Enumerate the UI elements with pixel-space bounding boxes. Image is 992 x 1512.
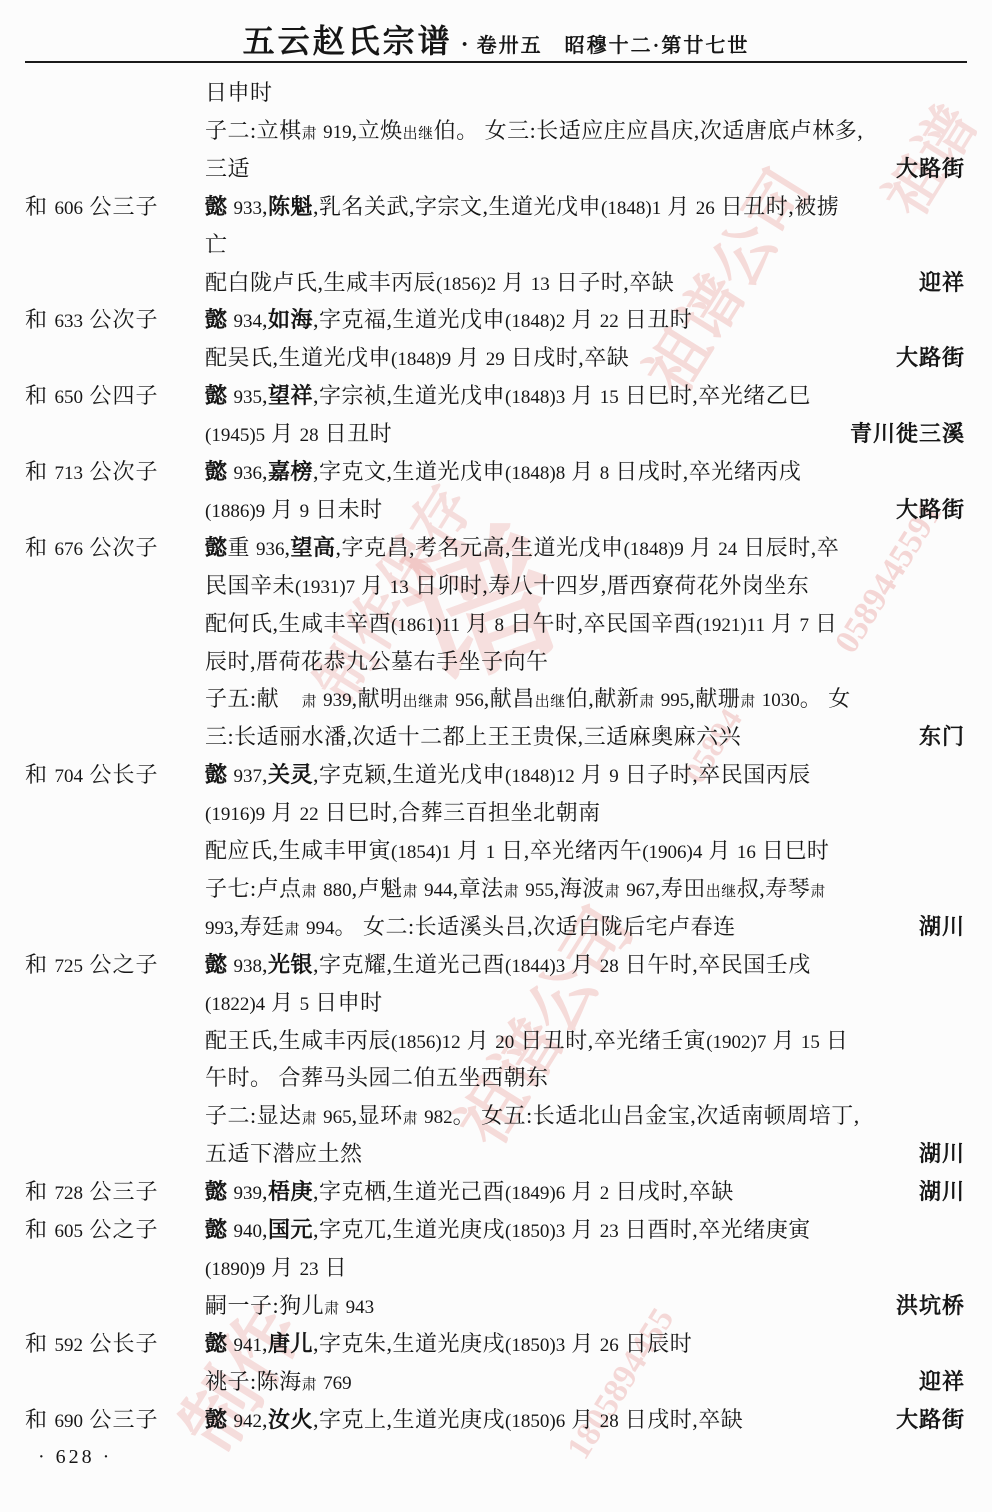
text-fragment: (1902)7	[706, 1032, 766, 1053]
text-fragment: (1906)4	[642, 842, 702, 863]
text-fragment: 955	[525, 880, 554, 901]
text-fragment: 望祥	[268, 383, 313, 408]
entry-text: 子二:显达肃 965,显环肃 982。 女五:长适北山吕金宝,次适南顿周培丁,	[205, 1097, 860, 1138]
text-fragment: ,字克颖,生道光戊申	[313, 762, 505, 787]
text-fragment: (1850)6	[505, 1411, 565, 1432]
genealogy-line: 和 713 公次子懿 936,嘉榜,字克文,生道光戊申(1848)8 月 8 日…	[0, 453, 992, 491]
text-fragment: (1848)9	[391, 349, 451, 370]
text-fragment: 和	[25, 194, 55, 219]
text-fragment: 月	[565, 952, 600, 977]
text-fragment: 23	[300, 1259, 319, 1280]
residence-label: 大路街	[896, 150, 965, 188]
text-fragment: 月	[355, 573, 390, 598]
text-fragment: 725	[55, 956, 84, 977]
text-fragment: 994	[306, 918, 335, 939]
entry-text: 民国辛未(1931)7 月 13 日卯时,寿八十四岁,厝西寮荷花外岗坐东	[205, 567, 809, 607]
text-fragment: 懿	[205, 952, 228, 977]
text-fragment: 28	[600, 1411, 619, 1432]
text-fragment: 982	[424, 1107, 453, 1128]
entry-text: 懿 934,如海,字克福,生道光戊申(1848)2 月 22 日丑时	[205, 301, 692, 341]
text-fragment: (1861)11	[391, 615, 460, 636]
text-fragment: 1	[486, 842, 496, 863]
text-fragment: 936	[256, 539, 285, 560]
text-fragment: 出继	[403, 126, 434, 142]
text-fragment: (1848)9	[624, 539, 684, 560]
text-fragment: ,字克栖,生道光己酉	[313, 1179, 505, 1204]
text-fragment: 23	[600, 1221, 619, 1242]
genealogy-line: 993,寿廷肃 994。 女二:长适溪头吕,次适白陇后宅卢春连湖川	[0, 908, 992, 946]
genealogy-line: 配王氏,生咸丰丙辰(1856)12 月 20 日丑时,卒光绪壬寅(1902)7 …	[0, 1022, 992, 1060]
kinship-label: 和 690 公三子	[25, 1401, 159, 1441]
genealogy-line: 民国辛未(1931)7 月 13 日卯时,寿八十四岁,厝西寮荷花外岗坐东	[0, 567, 992, 605]
text-fragment: 月	[565, 383, 600, 408]
text-fragment: 20	[495, 1032, 514, 1053]
text-fragment: 937	[234, 766, 263, 787]
text-fragment: 陈魁	[268, 194, 313, 219]
text-fragment: 三:长适丽水潘,次适十二都上王王贵保,三适麻奥麻六兴	[205, 724, 741, 749]
genealogy-page: 祖谱祖谱公司谱制作保存058944559105894祖谱公司制作18058944…	[0, 0, 992, 1512]
text-fragment: 月	[460, 611, 495, 636]
text-fragment: 月	[265, 1255, 300, 1280]
text-fragment: 肃	[810, 884, 826, 900]
text-fragment: (1886)9	[205, 501, 265, 522]
text-fragment: 肃	[740, 694, 756, 710]
text-fragment: 28	[600, 956, 619, 977]
text-fragment: 26	[696, 198, 715, 219]
text-fragment: 肃	[302, 126, 318, 142]
text-fragment: 28	[300, 425, 319, 446]
text-fragment: 懿	[205, 535, 228, 560]
text-fragment: 月	[461, 1028, 496, 1053]
entry-text: 午时。 合葬马头园二伯五坐西朝东	[205, 1059, 549, 1097]
genealogy-line: 和 592 公长子懿 941,唐儿,字克朱,生道光庚戌(1850)3 月 26 …	[0, 1325, 992, 1363]
genealogy-line: 亡	[0, 226, 992, 264]
text-fragment: ,海波	[554, 876, 605, 901]
kinship-label: 和 592 公长子	[25, 1325, 159, 1365]
text-fragment: 713	[55, 463, 84, 484]
text-fragment: 光银	[268, 952, 313, 977]
text-fragment: 子二:显达	[205, 1103, 302, 1128]
entry-text: 辰时,厝荷花恭九公墓右手坐子向午	[205, 643, 549, 681]
genealogy-line: 日申时	[0, 74, 992, 112]
text-fragment: 22	[300, 804, 319, 825]
text-fragment: 肃	[324, 1301, 340, 1317]
text-fragment: 公次子	[83, 535, 159, 560]
entry-text: 三:长适丽水潘,次适十二都上王王贵保,三适麻奥麻六兴	[205, 718, 741, 756]
text-fragment: (1849)6	[505, 1183, 565, 1204]
text-fragment: 和	[25, 383, 55, 408]
text-fragment: 子二:立棋	[205, 118, 302, 143]
entry-text: 配何氏,生咸丰辛酉(1861)11 月 8 日午时,卒民国辛酉(1921)11 …	[205, 605, 837, 645]
genealogy-line: 和 704 公长子懿 937,关灵,字克颖,生道光戊申(1848)12 月 9 …	[0, 756, 992, 794]
text-fragment: 月	[565, 1179, 600, 1204]
text-fragment: 704	[55, 766, 84, 787]
genealogy-line: 配吴氏,生道光戊申(1848)9 月 29 日戌时,卒缺大路街	[0, 339, 992, 377]
text-fragment: (1856)2	[436, 274, 496, 295]
text-fragment: 日丑时,卒光绪壬寅	[514, 1028, 706, 1053]
text-fragment: 592	[55, 1335, 84, 1356]
kinship-label: 和 650 公四子	[25, 377, 159, 417]
text-fragment: 8	[494, 615, 504, 636]
text-fragment: 国元	[268, 1217, 313, 1242]
text-fragment: 。 女二:长适溪头吕,次适白陇后宅卢春连	[335, 914, 736, 939]
text-fragment: 出继	[706, 884, 737, 900]
text-fragment: (1921)11	[696, 615, 765, 636]
text-fragment: (1916)9	[205, 804, 265, 825]
residence-label: 迎祥	[919, 264, 965, 302]
text-fragment: 和	[25, 762, 55, 787]
text-fragment: 月	[451, 345, 486, 370]
text-fragment: 月	[565, 459, 600, 484]
text-fragment: 769	[323, 1373, 352, 1394]
residence-label: 湖川	[919, 908, 965, 946]
residence-label: 青川徙三溪	[850, 415, 965, 453]
genealogy-line: (1945)5 月 28 日丑时青川徙三溪	[0, 415, 992, 453]
text-fragment: 日辰时	[619, 1331, 693, 1356]
text-fragment: 肃	[302, 694, 318, 710]
text-fragment: 日戌时,卒光绪丙戌	[609, 459, 801, 484]
entry-text: 993,寿廷肃 994。 女二:长适溪头吕,次适白陇后宅卢春连	[205, 908, 736, 949]
entry-text: 子五:献 肃 939,献明出继肃 956,献昌出继伯,献新肃 995,献珊肃 1…	[205, 680, 851, 721]
text-fragment: ,字克福,生道光戊申	[313, 307, 505, 332]
text-fragment: 懿	[205, 383, 228, 408]
kinship-label: 和 606 公三子	[25, 188, 159, 228]
text-fragment: 懿	[205, 307, 228, 332]
text-fragment: 16	[737, 842, 756, 863]
text-fragment: 月	[684, 535, 719, 560]
genealogy-line: 午时。 合葬马头园二伯五坐西朝东	[0, 1059, 992, 1097]
entry-text: 子二:立棋肃 919,立焕出继伯。 女三:长适应庄应昌庆,次适唐底卢林多,	[205, 112, 863, 153]
genealogy-line: 和 725 公之子懿 938,光银,字克耀,生道光己酉(1844)3 月 28 …	[0, 946, 992, 984]
text-fragment: 日丑时,被掳	[715, 194, 840, 219]
page-number: · 628 ·	[38, 1446, 112, 1469]
text-fragment: 月	[451, 838, 486, 863]
text-fragment: 肃	[302, 884, 318, 900]
text-fragment: 月	[565, 1407, 600, 1432]
text-fragment: ,字克上,生道光庚戌	[313, 1407, 505, 1432]
text-fragment: 公三子	[83, 1179, 159, 1204]
text-fragment: 。 女	[800, 686, 851, 711]
genealogy-line: 三:长适丽水潘,次适十二都上王王贵保,三适麻奥麻六兴东门	[0, 718, 992, 756]
text-fragment: 公之子	[83, 952, 159, 977]
kinship-label: 和 728 公三子	[25, 1173, 159, 1213]
entry-text: 嗣一子:狗儿肃 943	[205, 1287, 374, 1328]
text-fragment: 938	[234, 956, 263, 977]
genealogy-line: 子二:显达肃 965,显环肃 982。 女五:长适北山吕金宝,次适南顿周培丁,	[0, 1097, 992, 1135]
text-fragment: (1850)3	[505, 1221, 565, 1242]
text-fragment: 日辰时,卒	[737, 535, 839, 560]
entry-text: (1886)9 月 9 日未时	[205, 491, 383, 531]
entry-text: (1945)5 月 28 日丑时	[205, 415, 392, 455]
genealogy-line: 五适下潜应土然湖川	[0, 1135, 992, 1173]
text-fragment: 2	[600, 1183, 610, 1204]
text-fragment: 月	[575, 762, 610, 787]
text-fragment: (1931)7	[295, 577, 355, 598]
text-fragment: 懿	[205, 1217, 228, 1242]
text-fragment: 942	[234, 1411, 263, 1432]
text-fragment: 日	[809, 611, 838, 636]
text-fragment: 965	[323, 1107, 352, 1128]
genealogy-line: 三适大路街	[0, 150, 992, 188]
text-fragment: 月	[565, 1217, 600, 1242]
text-fragment: (1850)3	[505, 1335, 565, 1356]
residence-label: 东门	[919, 718, 965, 756]
genealogy-line: (1890)9 月 23 日	[0, 1249, 992, 1287]
text-fragment: 梧庚	[268, 1179, 313, 1204]
text-fragment: 肃	[434, 694, 450, 710]
text-fragment: 月	[265, 990, 300, 1015]
genealogy-line: 嗣一子:狗儿肃 943洪坑桥	[0, 1287, 992, 1325]
kinship-label: 和 633 公次子	[25, 301, 159, 341]
text-fragment: 肃	[302, 1377, 318, 1393]
text-fragment: 日未时	[309, 497, 383, 522]
text-fragment: 15	[801, 1032, 820, 1053]
text-fragment: 公次子	[83, 307, 159, 332]
text-fragment: 月	[265, 497, 300, 522]
kinship-label: 和 676 公次子	[25, 529, 159, 569]
entry-text: 懿 933,陈魁,乳名关武,字宗文,生道光戊申(1848)1 月 26 日丑时,…	[205, 188, 839, 228]
text-fragment: 日巳时	[756, 838, 830, 863]
genealogy-line: (1886)9 月 9 日未时大路街	[0, 491, 992, 529]
text-fragment: 和	[25, 952, 55, 977]
entry-text: 配应氏,生咸丰甲寅(1854)1 月 1 日,卒光绪丙午(1906)4 月 16…	[205, 832, 829, 872]
text-fragment: ,寿廷	[234, 914, 285, 939]
text-fragment: (1848)8	[505, 463, 565, 484]
text-fragment: 日巳时,卒光绪乙巳	[619, 383, 811, 408]
entry-text: 祧子:陈海肃 769	[205, 1363, 352, 1404]
genealogy-line: 子二:立棋肃 919,立焕出继伯。 女三:长适应庄应昌庆,次适唐底卢林多,	[0, 112, 992, 150]
text-fragment: 配白陇卢氏,生咸丰丙辰	[205, 270, 436, 295]
residence-label: 迎祥	[919, 1363, 965, 1401]
text-fragment: 懿	[205, 1407, 228, 1432]
entry-text: 懿 940,国元,字克兀,生道光庚戌(1850)3 月 23 日酉时,卒光绪庚寅	[205, 1211, 811, 1251]
text-fragment: 子七:卢点	[205, 876, 302, 901]
entry-text: 日申时	[205, 74, 273, 112]
text-fragment: 9	[300, 501, 310, 522]
text-fragment: 出继	[403, 694, 434, 710]
text-fragment: ,字克朱,生道光庚戌	[313, 1331, 505, 1356]
text-fragment: 和	[25, 307, 55, 332]
text-fragment: 月	[765, 611, 800, 636]
text-fragment: 日丑时	[319, 421, 393, 446]
text-fragment: 公次子	[83, 459, 159, 484]
text-fragment: 和	[25, 535, 55, 560]
text-fragment: 唐儿	[268, 1331, 313, 1356]
text-fragment: 配应氏,生咸丰甲寅	[205, 838, 391, 863]
genealogy-line: 子五:献 肃 939,献明出继肃 956,献昌出继伯,献新肃 995,献珊肃 1…	[0, 680, 992, 718]
text-fragment: 肃	[302, 1111, 318, 1127]
residence-label: 湖川	[919, 1173, 965, 1211]
text-fragment: ,字克昌,考名元高,生道光戊申	[336, 535, 624, 560]
text-fragment: 肃	[605, 884, 621, 900]
text-fragment: 公长子	[83, 762, 159, 787]
genealogy-line: 祧子:陈海肃 769迎祥	[0, 1363, 992, 1401]
text-fragment: 22	[600, 311, 619, 332]
text-fragment: 936	[234, 463, 263, 484]
text-fragment: 日,卒光绪丙午	[495, 838, 642, 863]
genealogy-line: 和 728 公三子懿 939,梧庚,字克栖,生道光己酉(1849)6 月 2 日…	[0, 1173, 992, 1211]
genealogy-line: 和 676 公次子懿重 936,望高,字克昌,考名元高,生道光戊申(1848)9…	[0, 529, 992, 567]
text-fragment: 939	[323, 690, 352, 711]
genealogy-line: 配应氏,生咸丰甲寅(1854)1 月 1 日,卒光绪丙午(1906)4 月 16…	[0, 832, 992, 870]
genealogy-line: 和 690 公三子懿 942,汝火,字克上,生道光庚戌(1850)6 月 28 …	[0, 1401, 992, 1439]
text-fragment: 日丑时	[619, 307, 693, 332]
text-fragment: 24	[718, 539, 737, 560]
text-fragment: 和	[25, 1217, 55, 1242]
text-fragment: 934	[234, 311, 263, 332]
text-fragment: 和	[25, 1407, 55, 1432]
text-fragment: 月	[496, 270, 531, 295]
text-fragment: 懿	[205, 1179, 228, 1204]
text-fragment: (1890)9	[205, 1259, 265, 1280]
text-fragment: 三适	[205, 156, 250, 181]
text-fragment: 如海	[268, 307, 313, 332]
genealogy-line: 和 606 公三子懿 933,陈魁,乳名关武,字宗文,生道光戊申(1848)1 …	[0, 188, 992, 226]
text-fragment: 和	[25, 1331, 55, 1356]
entry-text: 懿 939,梧庚,字克栖,生道光己酉(1849)6 月 2 日戌时,卒缺	[205, 1173, 734, 1213]
text-fragment: 肃	[504, 884, 520, 900]
text-fragment: 公三子	[83, 1407, 159, 1432]
text-fragment: 日戌时,卒缺	[619, 1407, 744, 1432]
entry-text: 懿 942,汝火,字克上,生道光庚戌(1850)6 月 28 日戌时,卒缺	[205, 1401, 743, 1441]
genealogy-line: 和 633 公次子懿 934,如海,字克福,生道光戊申(1848)2 月 22 …	[0, 301, 992, 339]
text-fragment: 956	[455, 690, 484, 711]
text-fragment: 伯,献新	[566, 686, 640, 711]
text-fragment: 懿	[205, 194, 228, 219]
text-fragment: 配何氏,生咸丰辛酉	[205, 611, 391, 636]
kinship-label: 和 605 公之子	[25, 1211, 159, 1251]
text-fragment: 午时。 合葬马头园二伯五坐西朝东	[205, 1065, 549, 1090]
text-fragment: 公长子	[83, 1331, 159, 1356]
text-fragment: 关灵	[268, 762, 313, 787]
genealogy-line: 辰时,厝荷花恭九公墓右手坐子向午	[0, 643, 992, 681]
text-fragment: 重	[228, 535, 257, 560]
text-fragment: 605	[55, 1221, 84, 1242]
text-fragment: 子五:献	[205, 686, 302, 711]
text-fragment: 995	[661, 690, 690, 711]
text-fragment: 嗣一子:狗儿	[205, 1293, 324, 1318]
text-fragment: (1848)3	[505, 387, 565, 408]
text-fragment: 650	[55, 387, 84, 408]
text-fragment: ,显环	[352, 1103, 403, 1128]
genealogy-line: 和 605 公之子懿 940,国元,字克兀,生道光庚戌(1850)3 月 23 …	[0, 1211, 992, 1249]
text-fragment: 13	[531, 274, 550, 295]
text-fragment: 633	[55, 311, 84, 332]
text-fragment: 和	[25, 1179, 55, 1204]
residence-label: 大路街	[896, 491, 965, 529]
entry-text: 懿 936,嘉榜,字克文,生道光戊申(1848)8 月 8 日戌时,卒光绪丙戌	[205, 453, 801, 493]
text-fragment: 940	[234, 1221, 263, 1242]
text-fragment: 月	[565, 307, 600, 332]
text-fragment: 944	[424, 880, 453, 901]
text-fragment: 日戌时,卒缺	[505, 345, 630, 370]
text-fragment: 日午时,卒民国辛酉	[504, 611, 696, 636]
text-fragment: (1822)4	[205, 994, 265, 1015]
entry-text: 配王氏,生咸丰丙辰(1856)12 月 20 日丑时,卒光绪壬寅(1902)7 …	[205, 1022, 848, 1062]
text-fragment: ,寿田	[655, 876, 706, 901]
text-fragment: 880	[323, 880, 352, 901]
text-fragment: 690	[55, 1411, 84, 1432]
text-fragment: ,献昌	[484, 686, 535, 711]
entry-text: 懿 935,望祥,字宗祯,生道光戊申(1848)3 月 15 日巳时,卒光绪乙巳	[205, 377, 811, 417]
text-fragment: 配吴氏,生道光戊申	[205, 345, 391, 370]
text-fragment: 出继	[535, 694, 566, 710]
text-fragment: ,章法	[453, 876, 504, 901]
text-fragment: 943	[346, 1297, 375, 1318]
entries-container: 日申时子二:立棋肃 919,立焕出继伯。 女三:长适应庄应昌庆,次适唐底卢林多,…	[0, 0, 992, 1512]
text-fragment: 15	[600, 387, 619, 408]
kinship-label: 和 713 公次子	[25, 453, 159, 493]
text-fragment: 懿	[205, 762, 228, 787]
text-fragment: 967	[626, 880, 655, 901]
text-fragment: 月	[565, 1331, 600, 1356]
text-fragment: ,献明	[352, 686, 403, 711]
text-fragment: 5	[300, 994, 310, 1015]
text-fragment: ,字克文,生道光戊申	[313, 459, 505, 484]
text-fragment: 亡	[205, 232, 228, 257]
text-fragment: 月	[702, 838, 737, 863]
text-fragment: 日申时	[309, 990, 383, 1015]
text-fragment: 懿	[205, 1331, 228, 1356]
text-fragment: 993	[205, 918, 234, 939]
text-fragment: (1848)1	[601, 198, 661, 219]
kinship-label: 和 725 公之子	[25, 946, 159, 986]
text-fragment: 29	[486, 349, 505, 370]
residence-label: 大路街	[896, 339, 965, 377]
entry-text: 五适下潜应土然	[205, 1135, 363, 1173]
kinship-label: 和 704 公长子	[25, 756, 159, 796]
text-fragment: (1945)5	[205, 425, 265, 446]
text-fragment: 9	[609, 766, 619, 787]
text-fragment: ,字克耀,生道光己酉	[313, 952, 505, 977]
entry-text: 配白陇卢氏,生咸丰丙辰(1856)2 月 13 日子时,卒缺	[205, 264, 674, 304]
text-fragment: 嘉榜	[268, 459, 313, 484]
genealogy-line: 配白陇卢氏,生咸丰丙辰(1856)2 月 13 日子时,卒缺迎祥	[0, 264, 992, 302]
text-fragment: 日子时,卒缺	[550, 270, 675, 295]
entry-text: 懿 941,唐儿,字克朱,生道光庚戌(1850)3 月 26 日辰时	[205, 1325, 692, 1365]
text-fragment: 辰时,厝荷花恭九公墓右手坐子向午	[205, 649, 549, 674]
text-fragment: 月	[265, 800, 300, 825]
text-fragment: 月	[265, 421, 300, 446]
text-fragment: 919	[323, 122, 352, 143]
text-fragment: 日子时,卒民国丙辰	[619, 762, 811, 787]
text-fragment: 肃	[403, 884, 419, 900]
text-fragment: (1844)3	[505, 956, 565, 977]
text-fragment: (1856)12	[391, 1032, 461, 1053]
text-fragment: 和	[25, 459, 55, 484]
text-fragment: 民国辛未	[205, 573, 295, 598]
entry-text: 亡	[205, 226, 228, 264]
text-fragment: 7	[799, 615, 809, 636]
text-fragment: 941	[234, 1335, 263, 1356]
text-fragment: 日酉时,卒光绪庚寅	[619, 1217, 811, 1242]
entry-text: 懿 937,关灵,字克颖,生道光戊申(1848)12 月 9 日子时,卒民国丙辰	[205, 756, 811, 796]
text-fragment: 日午时,卒民国壬戌	[619, 952, 811, 977]
text-fragment: 懿	[205, 459, 228, 484]
entry-text: (1822)4 月 5 日申时	[205, 984, 383, 1024]
entry-text: (1916)9 月 22 日巳时,合葬三百担坐北朝南	[205, 794, 601, 834]
text-fragment: 月	[766, 1028, 801, 1053]
entry-text: 配吴氏,生道光戊申(1848)9 月 29 日戌时,卒缺	[205, 339, 629, 379]
text-fragment: 配王氏,生咸丰丙辰	[205, 1028, 391, 1053]
text-fragment: ,乳名关武,字宗文,生道光戊申	[313, 194, 601, 219]
text-fragment: (1848)12	[505, 766, 575, 787]
text-fragment: 公三子	[83, 194, 159, 219]
text-fragment: ,献珊	[689, 686, 740, 711]
text-fragment: 606	[55, 198, 84, 219]
text-fragment: 8	[600, 463, 610, 484]
text-fragment: 935	[234, 387, 263, 408]
